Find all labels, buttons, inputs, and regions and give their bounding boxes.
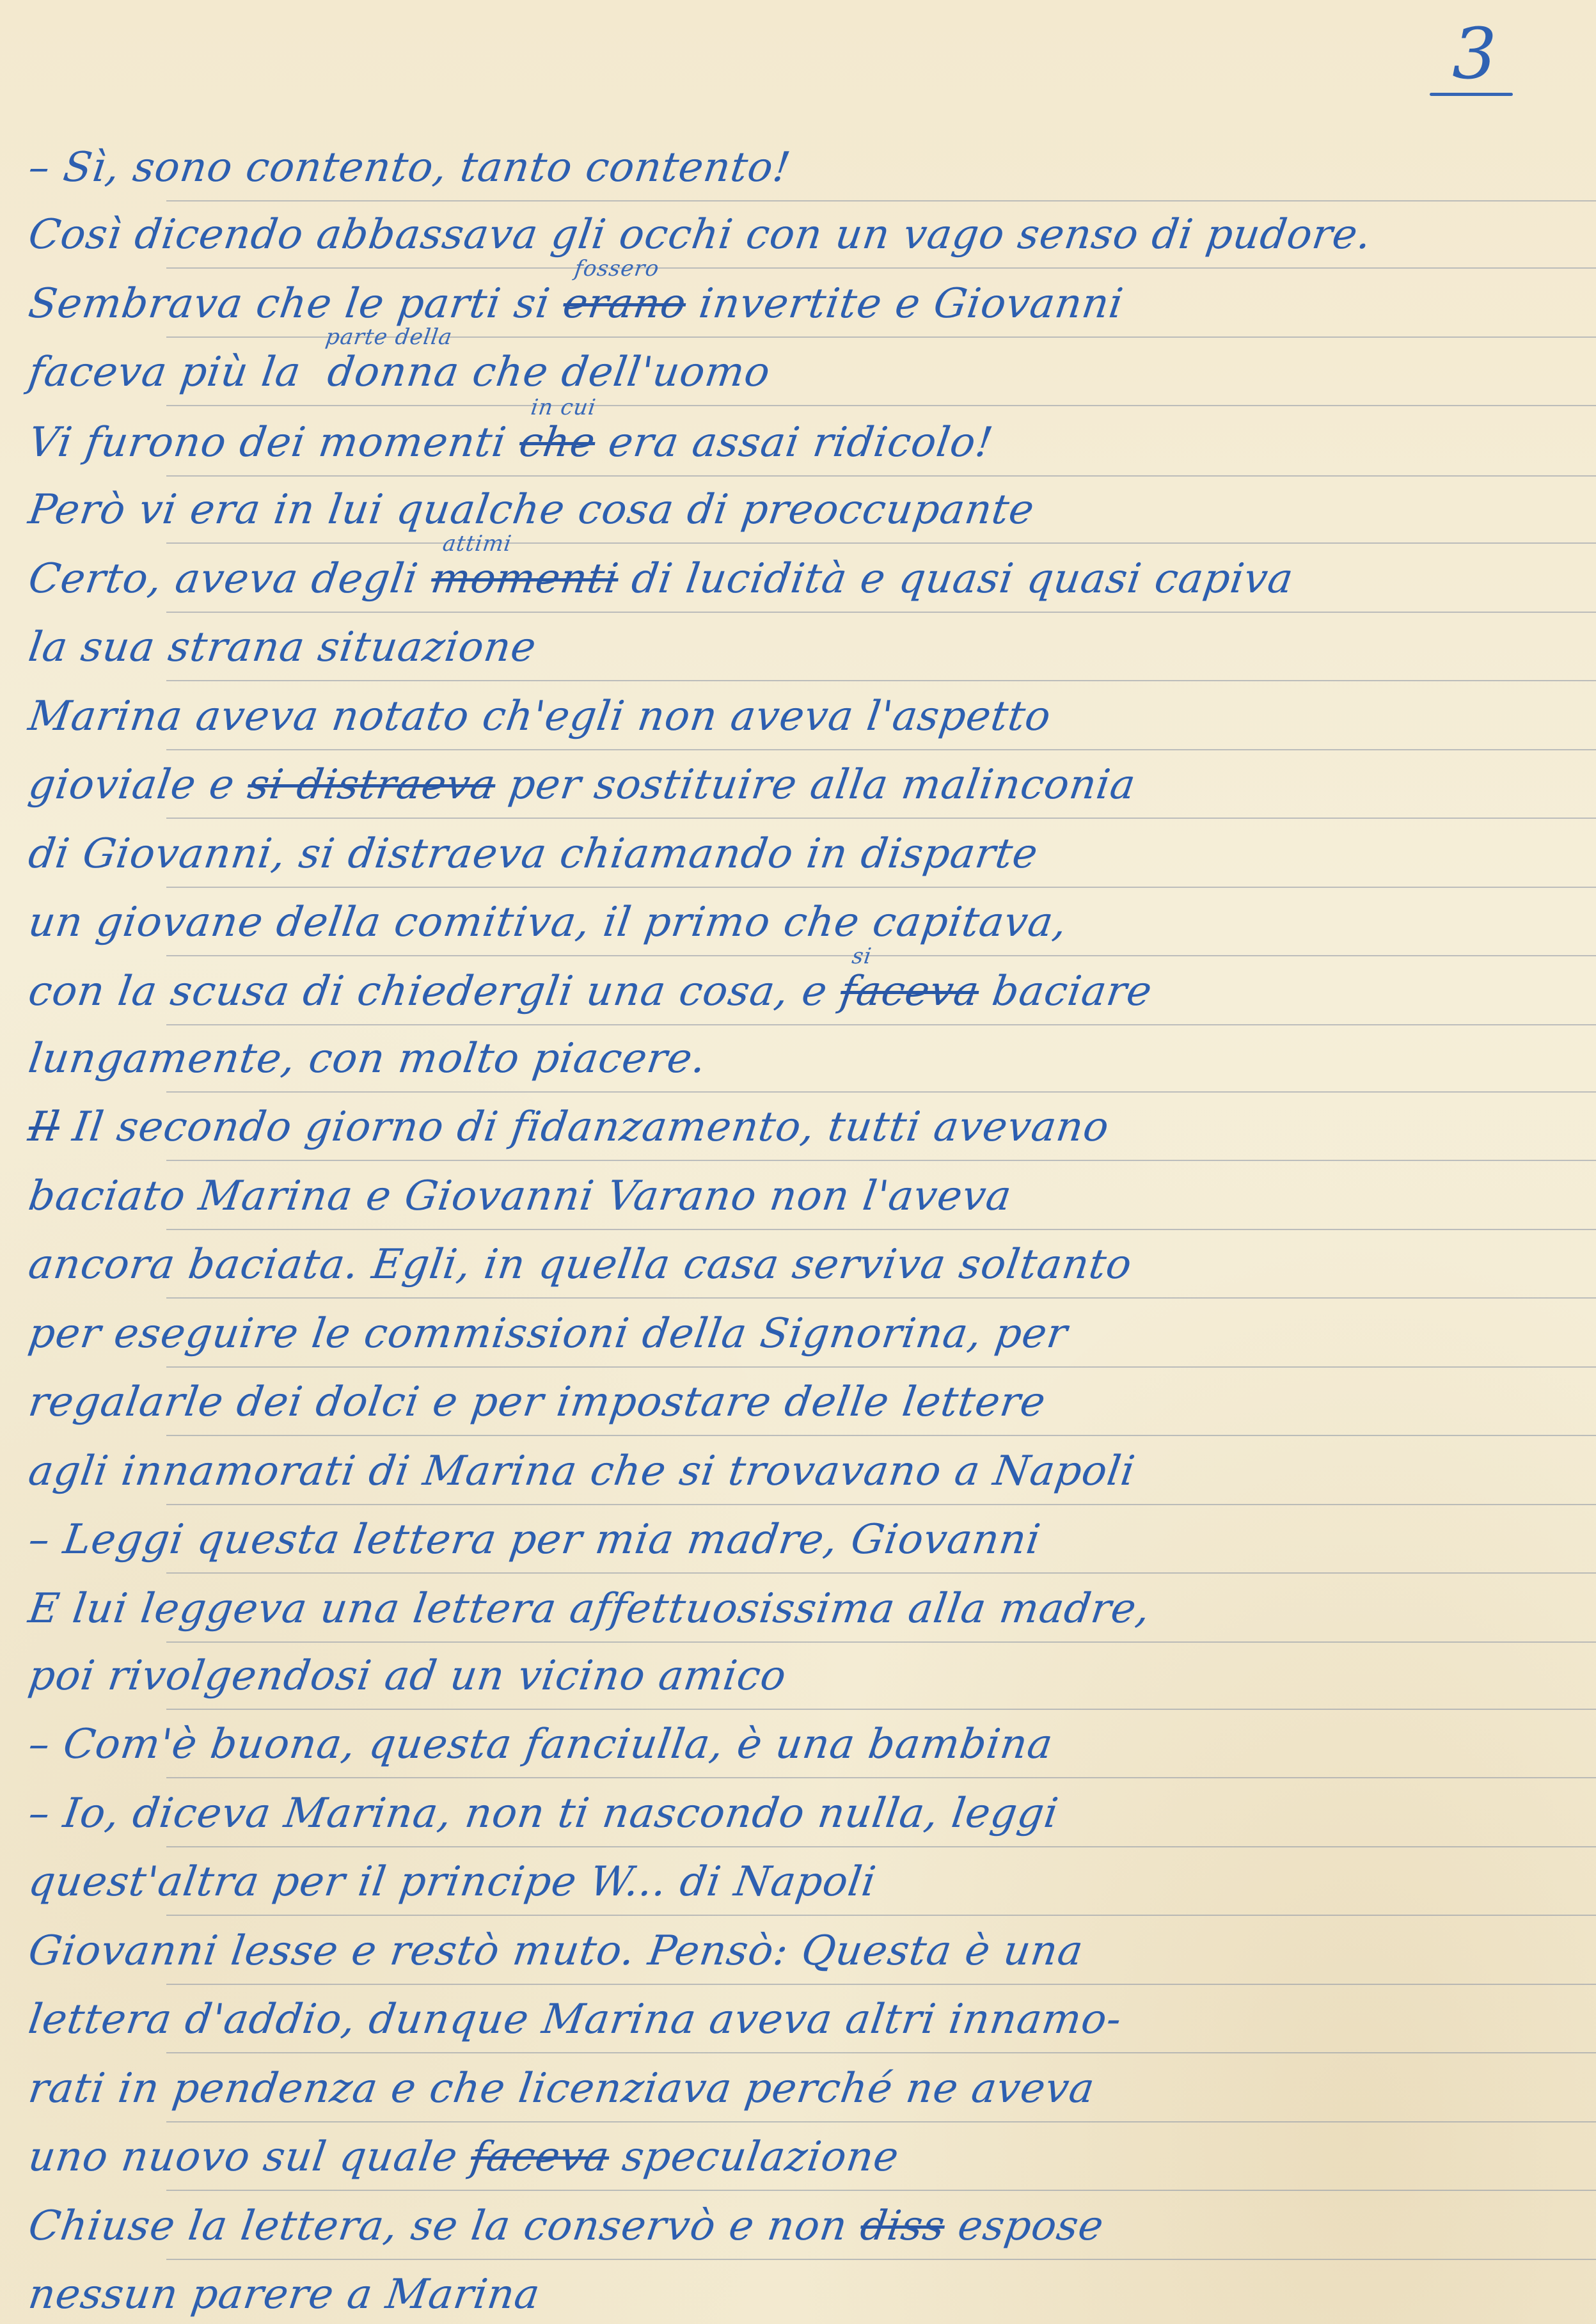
struck-word: faceva xyxy=(468,2133,612,2181)
manuscript-line: baciato Marina e Giovanni Varano non l'a… xyxy=(26,1173,1015,1220)
line-text: ancora baciata. Egli, in quella casa ser… xyxy=(26,1241,1135,1288)
ruled-line xyxy=(166,1160,1596,1161)
ruled-line xyxy=(166,1091,1596,1093)
line-text: con la scusa di chiedergli una cosa, e xyxy=(26,968,844,1015)
correction: attimimomenti xyxy=(428,555,622,603)
correction: Il xyxy=(26,1103,63,1151)
manuscript-line: rati in pendenza e che licenziava perché… xyxy=(26,2065,1098,2112)
line-text: faceva più la xyxy=(26,349,318,396)
interlinear-insertion: in cui xyxy=(529,395,597,420)
line-text: poi rivolgendosi ad un vicino amico xyxy=(26,1652,789,1700)
line-text: Vi furono dei momenti xyxy=(26,419,523,466)
manuscript-line: di Giovanni, si distraeva chiamando in d… xyxy=(26,830,1041,878)
ruled-line xyxy=(166,1435,1596,1436)
manuscript-line: quest'altra per il principe W... di Napo… xyxy=(26,1858,879,1906)
struck-word: Il xyxy=(26,1103,63,1151)
line-text: Certo, aveva degli xyxy=(26,555,435,603)
manuscript-line: – Sì, sono contento, tanto contento! xyxy=(26,144,794,191)
manuscript-line: con la scusa di chiedergli una cosa, e s… xyxy=(26,968,1155,1015)
line-text: Sembrava che le parti si xyxy=(26,280,567,328)
ruled-line xyxy=(166,1504,1596,1505)
line-text: regalarle dei dolci e per impostare dell… xyxy=(26,1379,1048,1426)
manuscript-line: Vi furono dei momenti in cuiche era assa… xyxy=(26,419,996,466)
correction: fosseroerano xyxy=(560,280,690,328)
page-number: 3 xyxy=(1452,13,1497,95)
ruled-line xyxy=(166,1641,1596,1643)
line-text: Il secondo giorno di fidanzamento, tutti… xyxy=(56,1103,1112,1151)
page-number-underline xyxy=(1430,93,1513,96)
ruled-line xyxy=(166,680,1596,681)
struck-word: diss xyxy=(858,2202,949,2250)
manuscript-line: Certo, aveva degli attimimomenti di luci… xyxy=(26,555,1297,603)
line-text: Così dicendo abbassava gli occhi con un … xyxy=(26,211,1375,258)
manuscript-line: Così dicendo abbassava gli occhi con un … xyxy=(26,211,1375,258)
manuscript-line: ancora baciata. Egli, in quella casa ser… xyxy=(26,1241,1135,1288)
line-text: agli innamorati di Marina che si trovava… xyxy=(26,1448,1138,1495)
ruled-line xyxy=(166,2121,1596,2122)
line-text: baciare xyxy=(976,968,1155,1015)
line-text: donna che dell'uomo xyxy=(325,349,773,396)
ruled-line xyxy=(166,1572,1596,1574)
manuscript-line: – Io, diceva Marina, non ti nascondo nul… xyxy=(26,1790,1061,1837)
ruled-line xyxy=(166,1777,1596,1778)
interlinear-insertion: attimi xyxy=(441,531,513,557)
manuscript-line: agli innamorati di Marina che si trovava… xyxy=(26,1448,1138,1495)
line-text: – Leggi questa lettera per mia madre, Gi… xyxy=(26,1516,1043,1563)
correction: diss xyxy=(858,2202,949,2250)
line-text: quest'altra per il principe W... di Napo… xyxy=(26,1858,879,1906)
ruled-line xyxy=(166,2190,1596,2191)
ruled-line xyxy=(166,1297,1596,1299)
struck-word: si distraeva xyxy=(245,761,499,809)
line-text: lettera d'addio, dunque Marina aveva alt… xyxy=(26,1996,1125,2043)
manuscript-line: uno nuovo sul quale faceva speculazione xyxy=(26,2133,902,2181)
struck-word: che xyxy=(516,419,598,466)
ruled-line xyxy=(166,475,1596,477)
ruled-line xyxy=(166,612,1596,613)
line-text: per sostituire alla malinconia xyxy=(492,761,1139,809)
ruled-line xyxy=(166,2052,1596,2053)
manuscript-line: Chiuse la lettera, se la conservò e non … xyxy=(26,2202,1107,2250)
manuscript-line: – Leggi questa lettera per mia madre, Gi… xyxy=(26,1516,1043,1563)
line-text: Marina aveva notato ch'egli non aveva l'… xyxy=(26,693,1054,740)
line-text: era assai ridicolo! xyxy=(592,419,996,466)
line-text: di Giovanni, si distraeva chiamando in d… xyxy=(26,830,1041,878)
manuscript-line: E lui leggeva una lettera affettuosissim… xyxy=(26,1585,1153,1632)
ruled-line xyxy=(166,1915,1596,1916)
ruled-line xyxy=(166,1024,1596,1025)
manuscript-line: poi rivolgendosi ad un vicino amico xyxy=(26,1652,789,1700)
line-text: speculazione xyxy=(606,2133,902,2181)
manuscript-line: nessun parere a Marina xyxy=(26,2271,543,2318)
line-text: Giovanni lesse e restò muto. Pensò: Ques… xyxy=(26,1927,1086,1975)
line-text: – Sì, sono contento, tanto contento! xyxy=(26,144,794,191)
manuscript-line: per eseguire le commissioni della Signor… xyxy=(26,1310,1071,1357)
ruled-line xyxy=(166,1366,1596,1368)
ruled-line xyxy=(166,818,1596,819)
ruled-line xyxy=(166,1846,1596,1847)
line-text: Chiuse la lettera, se la conservò e non xyxy=(26,2202,864,2250)
manuscript-line: lungamente, con molto piacere. xyxy=(26,1035,709,1082)
ruled-line xyxy=(166,955,1596,956)
manuscript-line: Giovanni lesse e restò muto. Pensò: Ques… xyxy=(26,1927,1086,1975)
manuscript-line: un giovane della comitiva, il primo che … xyxy=(26,899,1070,946)
ruled-line xyxy=(166,267,1596,269)
interlinear-insertion: parte della xyxy=(324,324,454,350)
line-text: invertite e Giovanni xyxy=(683,280,1126,328)
ruled-line xyxy=(166,1709,1596,1710)
correction: faceva xyxy=(468,2133,612,2181)
manuscript-line: Marina aveva notato ch'egli non aveva l'… xyxy=(26,693,1054,740)
manuscript-line: la sua strana situazione xyxy=(26,624,539,671)
struck-word: momenti xyxy=(428,555,622,603)
correction: in cuiche xyxy=(516,419,598,466)
ruled-line xyxy=(166,1229,1596,1230)
ruled-line xyxy=(166,749,1596,750)
line-text: espose xyxy=(942,2202,1107,2250)
ruled-line xyxy=(166,405,1596,406)
ruled-line xyxy=(166,2259,1596,2260)
ruled-line xyxy=(166,1984,1596,1985)
ruled-line xyxy=(166,542,1596,544)
line-text: E lui leggeva una lettera affettuosissim… xyxy=(26,1585,1153,1632)
line-text: – Com'è buona, questa fanciulla, è una b… xyxy=(26,1721,1056,1768)
manuscript-line: lettera d'addio, dunque Marina aveva alt… xyxy=(26,1996,1125,2043)
line-text: Però vi era in lui qualche cosa di preoc… xyxy=(26,486,1038,534)
line-text: – Io, diceva Marina, non ti nascondo nul… xyxy=(26,1790,1061,1837)
correction: si distraeva xyxy=(245,761,499,809)
manuscript-line: gioviale e si distraeva per sostituire a… xyxy=(26,761,1139,809)
line-text: rati in pendenza e che licenziava perché… xyxy=(26,2065,1098,2112)
line-text: di lucidità e quasi quasi capiva xyxy=(615,555,1297,603)
line-text: nessun parere a Marina xyxy=(26,2271,543,2318)
struck-word: faceva xyxy=(837,968,982,1015)
manuscript-line: faceva più la parte della donna che dell… xyxy=(26,349,773,396)
interlinear-insertion: si xyxy=(850,944,873,969)
line-text: gioviale e xyxy=(26,761,251,809)
ruled-line xyxy=(166,887,1596,888)
manuscript-line: – Com'è buona, questa fanciulla, è una b… xyxy=(26,1721,1056,1768)
manuscript-line: Però vi era in lui qualche cosa di preoc… xyxy=(26,486,1038,534)
interlinear-insertion: fossero xyxy=(573,256,661,281)
line-text: uno nuovo sul quale xyxy=(26,2133,475,2181)
manuscript-line: regalarle dei dolci e per impostare dell… xyxy=(26,1379,1048,1426)
correction: sifaceva xyxy=(837,968,982,1015)
manuscript-line: Sembrava che le parti si fosseroerano in… xyxy=(26,280,1126,328)
line-text: per eseguire le commissioni della Signor… xyxy=(26,1310,1071,1357)
line-text: un giovane della comitiva, il primo che … xyxy=(26,899,1070,946)
ruled-line xyxy=(166,200,1596,202)
struck-word: erano xyxy=(560,280,690,328)
line-text: baciato Marina e Giovanni Varano non l'a… xyxy=(26,1173,1015,1220)
manuscript-line: Il Il secondo giorno di fidanzamento, tu… xyxy=(26,1103,1112,1151)
line-text: lungamente, con molto piacere. xyxy=(26,1035,709,1082)
line-text: la sua strana situazione xyxy=(26,624,539,671)
